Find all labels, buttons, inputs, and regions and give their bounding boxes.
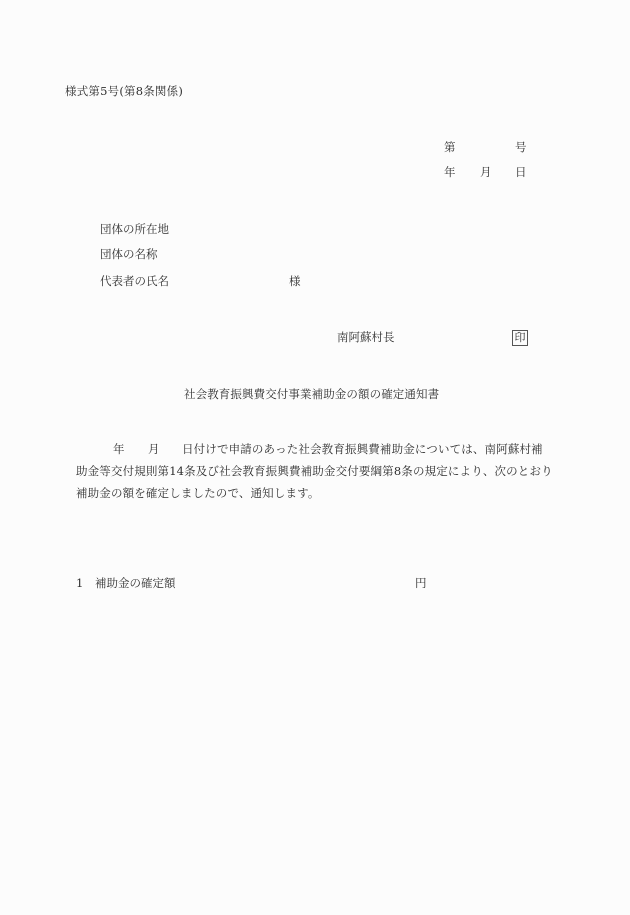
body-year-label: 年 [113,444,125,456]
organization-address-label: 団体の所在地 [100,224,169,236]
representative-name-label: 代表者の氏名 [100,276,169,288]
item-number: 1 [76,578,83,590]
body-paragraph-line-3: 補助金の額を確定しましたので、通知します。 [76,488,320,500]
item-unit-yen: 円 [415,578,427,590]
form-number: 様式第5号(第8条関係) [65,86,183,98]
body-paragraph-line-1: 日付けで申請のあった社会教育振興費補助金については、南阿蘇村補 [182,444,543,456]
document-title: 社会教育振興費交付事業補助金の額の確定通知書 [184,389,439,401]
honorific-sama: 様 [289,276,301,288]
seal-stamp-icon: 印 [512,330,528,346]
document-number-suffix: 号 [515,142,527,154]
date-year-label: 年 [444,167,456,179]
item-label-confirmed-amount: 補助金の確定額 [95,578,176,590]
organization-name-label: 団体の名称 [100,249,158,261]
date-month-label: 月 [480,167,492,179]
body-month-label: 月 [148,444,160,456]
body-paragraph-line-2: 助金等交付規則第14条及び社会教育振興費補助金交付要綱第8条の規定により、次のと… [76,466,553,478]
document-number-prefix: 第 [444,142,456,154]
date-day-label: 日 [515,167,527,179]
issuer-title: 南阿蘇村長 [337,332,395,344]
